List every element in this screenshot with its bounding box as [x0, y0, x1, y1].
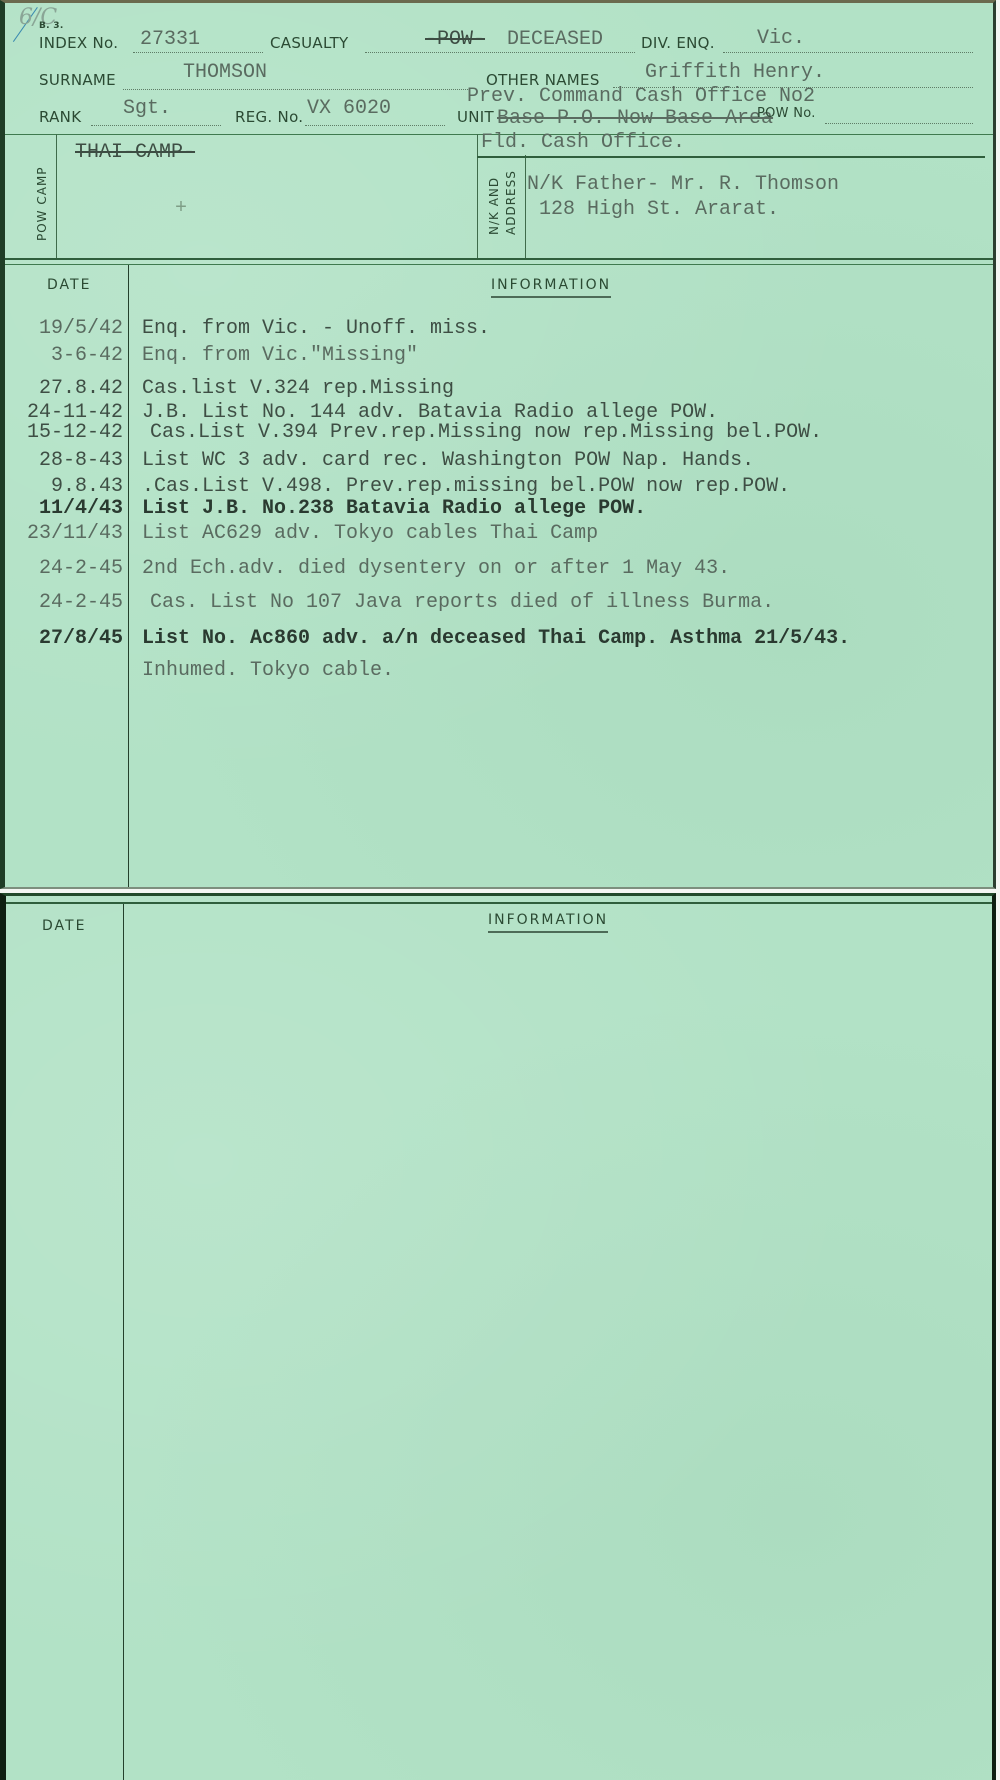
casualty-value: DECEASED — [507, 28, 603, 51]
pow-no-dotline — [825, 123, 973, 124]
row-date: 27/8/45 — [5, 627, 123, 650]
section-double-rule-1 — [5, 258, 993, 260]
information-header: INFORMATION — [491, 277, 611, 298]
nk-left-divider — [477, 134, 478, 258]
surname-label: SURNAME — [39, 71, 116, 89]
reg-no-label: REG. No. — [235, 108, 303, 126]
back-top-rule — [6, 902, 992, 904]
unit-line2-struck: Base P.O. Now Base Area — [497, 107, 773, 130]
surname-dotline — [123, 89, 468, 90]
pow-camp-label: POW CAMP — [35, 166, 49, 241]
back-information-header: INFORMATION — [488, 912, 608, 933]
row-information: Inhumed. Tokyo cable. — [142, 659, 394, 682]
row-information: List J.B. No.238 Batavia Radio allege PO… — [142, 497, 646, 520]
row-information: Cas.list V.324 rep.Missing — [142, 377, 454, 400]
row-information: .Cas.List V.498. Prev.rep.missing bel.PO… — [142, 475, 790, 498]
unit-line3: Fld. Cash Office. — [481, 131, 685, 154]
date-column-divider — [128, 265, 129, 887]
row-date: 3-6-42 — [5, 344, 123, 367]
row-information: 2nd Ech.adv. died dysentery on or after … — [142, 557, 730, 580]
section-double-rule-2 — [5, 264, 993, 265]
unit-underline — [477, 156, 985, 158]
casualty-dotline — [365, 52, 635, 53]
row-date: 24-2-45 — [5, 591, 123, 614]
rank-label: RANK — [39, 108, 81, 126]
rank-dotline — [91, 125, 221, 126]
other-names-value: Griffith Henry. — [645, 61, 825, 84]
back-date-header: DATE — [42, 918, 86, 934]
row-date: 15-12-42 — [5, 421, 123, 444]
row-information: Enq. from Vic. - Unoff. miss. — [142, 317, 490, 340]
index-no-value: 27331 — [140, 28, 200, 51]
rank-value: Sgt. — [123, 97, 171, 120]
nk-right-divider — [525, 155, 526, 258]
date-header: DATE — [47, 277, 91, 293]
casualty-label: CASUALTY — [270, 34, 349, 52]
row-information: List WC 3 adv. card rec. Washington POW … — [142, 449, 754, 472]
form-code: B. 3. — [39, 21, 64, 31]
record-card-front: 6/C B. 3. INDEX No. 27331 CASUALTY -POW-… — [0, 0, 996, 889]
pow-camp-mark: + — [175, 197, 187, 220]
row-date: 19/5/42 — [5, 317, 123, 340]
div-enq-dotline — [723, 52, 973, 53]
surname-value: THOMSON — [183, 61, 267, 84]
nk-address-line2: 128 High St. Ararat. — [539, 198, 779, 221]
reg-no-dotline — [305, 125, 445, 126]
unit-label: UNIT — [457, 108, 494, 126]
div-enq-value: Vic. — [757, 27, 805, 50]
nk-address-line1: N/K Father- Mr. R. Thomson — [527, 173, 839, 196]
index-no-label: INDEX No. — [39, 34, 118, 52]
row-date: 24-2-45 — [5, 557, 123, 580]
row-information: Enq. from Vic."Missing" — [142, 344, 418, 367]
row-information: List No. Ac860 adv. a/n deceased Thai Ca… — [142, 627, 850, 650]
row-date: 28-8-43 — [5, 449, 123, 472]
row-date: 27.8.42 — [5, 377, 123, 400]
pow-no-label: POW No. — [757, 106, 816, 121]
casualty-struck-value: -POW- — [425, 28, 485, 51]
record-card-back: DATE INFORMATION — [0, 893, 996, 1780]
row-date: 9.8.43 — [5, 475, 123, 498]
row-date: 11/4/43 — [5, 497, 123, 520]
row-information: Cas.List V.394 Prev.rep.Missing now rep.… — [150, 421, 822, 444]
nk-label-line2: ADDRESS — [504, 170, 518, 235]
nk-label-line1: N/K AND — [487, 177, 501, 235]
index-no-dotline — [133, 52, 263, 53]
row-information: List AC629 adv. Tokyo cables Thai Camp — [142, 522, 598, 545]
pow-camp-struck-value: THAI-CAMP- — [75, 141, 195, 164]
div-enq-label: DIV. ENQ. — [641, 34, 715, 52]
pow-camp-divider — [56, 134, 57, 258]
unit-line1: Prev. Command Cash Office No2 — [467, 85, 815, 108]
reg-no-value: VX 6020 — [307, 97, 391, 120]
back-date-column-divider — [123, 904, 124, 1780]
row-information: Cas. List No 107 Java reports died of il… — [150, 591, 774, 614]
row-date: 23/11/43 — [5, 522, 123, 545]
